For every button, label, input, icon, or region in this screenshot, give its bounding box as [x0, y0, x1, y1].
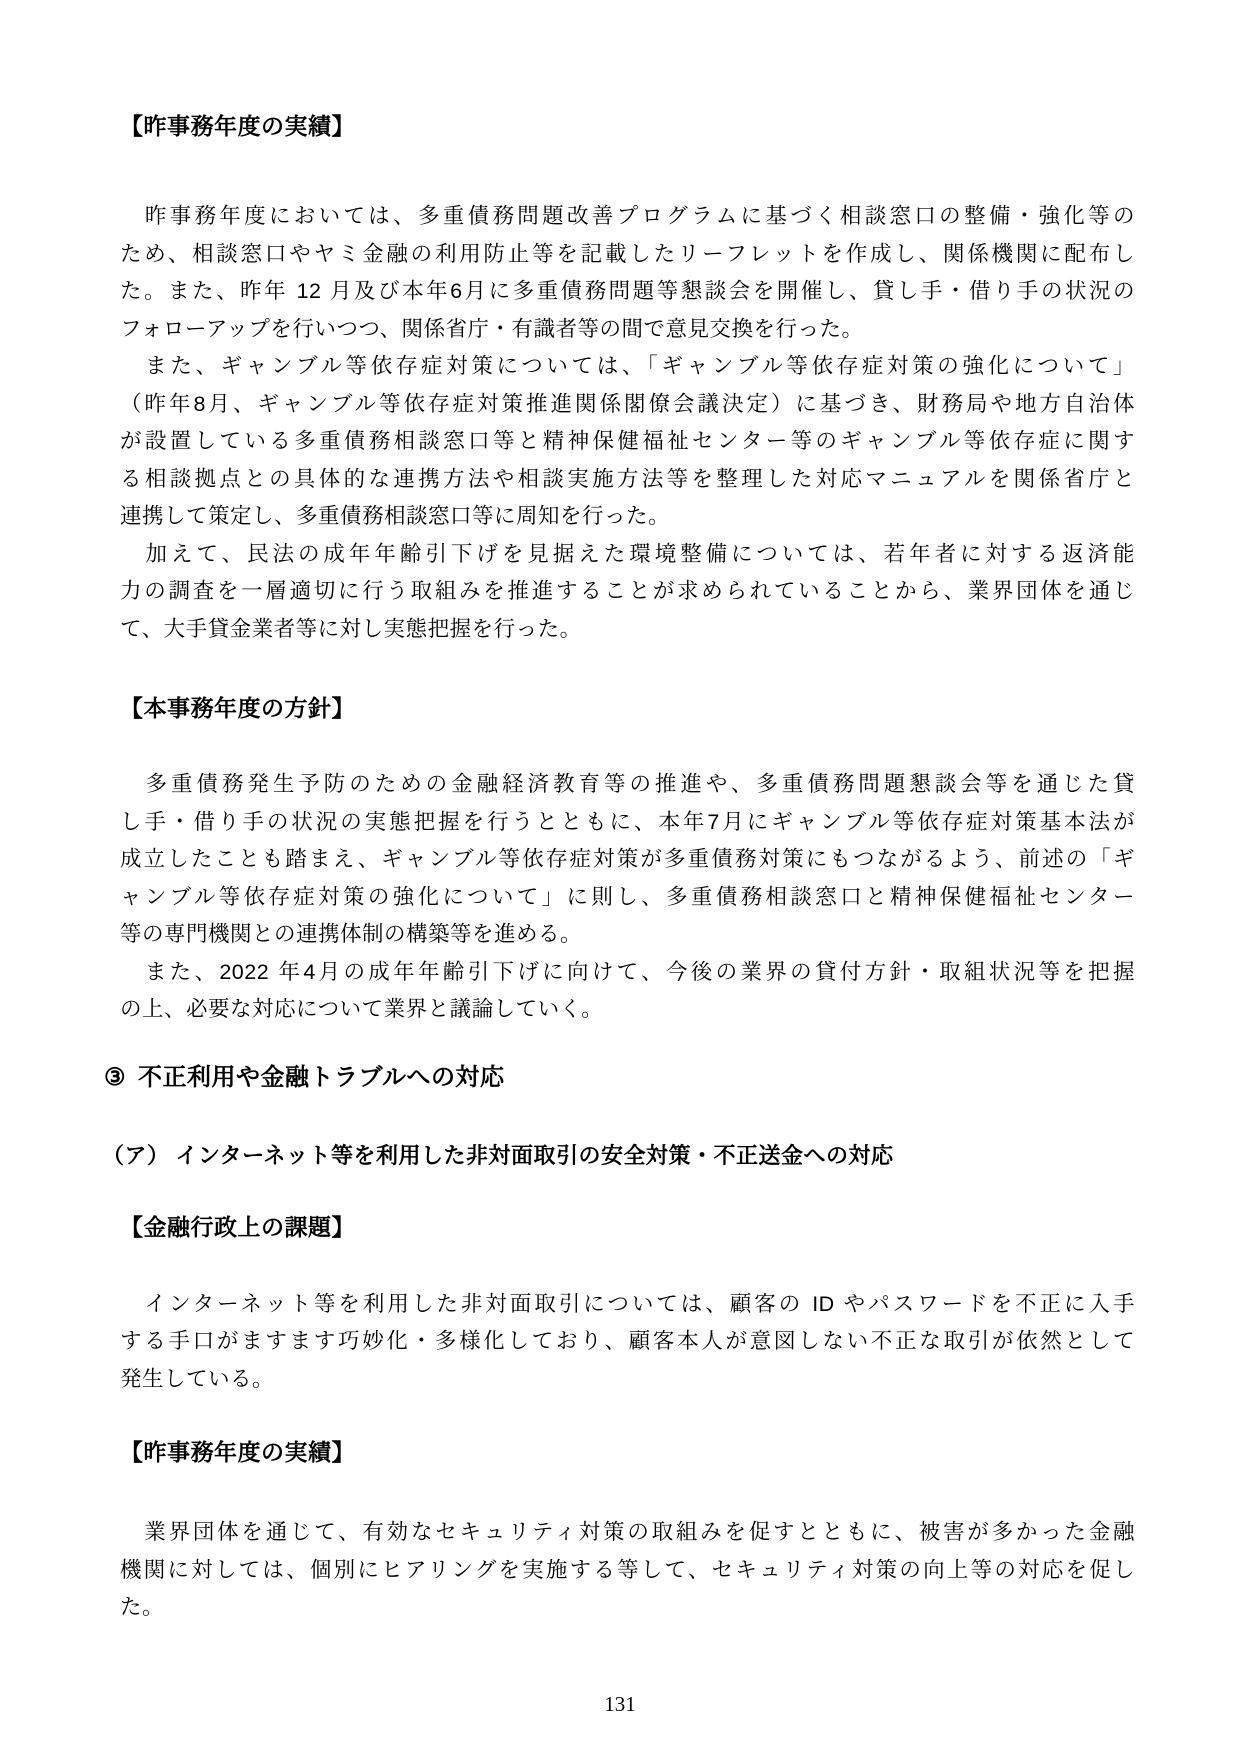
- heading-this-year-policy: 【本事務年度の方針】: [120, 690, 1135, 726]
- paragraph-line: また、2022 年4月の成年年齢引下げに向けて、今後の業界の貸付方針・取組状況等…: [120, 954, 1135, 992]
- paragraph-line: 昨事務年度においては、多重債務問題改善プログラムに基づく相談窓口の整備・強化等の: [120, 198, 1135, 236]
- heading-admin-issues: 【金融行政上の課題】: [120, 1209, 1135, 1245]
- paragraph-line: する手口がますます巧妙化・多様化しており、顧客本人が意図しない不正な取引が依然と…: [120, 1323, 1135, 1361]
- paragraph-policy: 多重債務発生予防のための金融経済教育等の推進や、多重債務問題懇談会等を通じた貸 …: [120, 766, 1135, 1029]
- paragraph-line: 機関に対しては、個別にヒアリングを実施する等して、セキュリティ対策の向上等の対応…: [120, 1552, 1135, 1590]
- paragraph-line: 連携して策定し、多重債務相談窓口等に周知を行った。: [120, 498, 1135, 536]
- heading-last-year-results-2: 【昨事務年度の実績】: [120, 1434, 1135, 1470]
- paragraph-line: フォローアップを行いつつ、関係省庁・有識者等の間で意見交換を行った。: [120, 311, 1135, 349]
- subsection-title: インターネット等を利用した非対面取引の安全対策・不正送金への対応: [176, 1143, 894, 1168]
- paragraph-line: ため、相談窓口やヤミ金融の利用防止等を記載したリーフレットを作成し、関係機関に配…: [120, 236, 1135, 274]
- paragraph-multi-debt: 昨事務年度においては、多重債務問題改善プログラムに基づく相談窓口の整備・強化等の…: [120, 198, 1135, 648]
- paragraph-line: また、ギャンブル等依存症対策については、「ギャンブル等依存症対策の強化について」: [120, 348, 1135, 386]
- paragraph-line: た。: [120, 1589, 1135, 1627]
- subsection-number: （ア）: [102, 1143, 170, 1168]
- paragraph-nonface-transactions: インターネット等を利用した非対面取引については、顧客の ID やパスワードを不正…: [120, 1286, 1135, 1399]
- paragraph-line: 等の専門機関との連携体制の構築等を進める。: [120, 916, 1135, 954]
- paragraph-line: 成立したことも踏まえ、ギャンブル等依存症対策が多重債務対策にもつながるよう、前述…: [120, 841, 1135, 879]
- paragraph-line: 業界団体を通じて、有効なセキュリティ対策の取組みを促すとともに、被害が多かった金…: [120, 1514, 1135, 1552]
- paragraph-line: が設置している多重債務相談窓口等と精神保健福祉センター等のギャンブル等依存症に関…: [120, 423, 1135, 461]
- page-number: 131: [0, 1692, 1240, 1717]
- paragraph-line: ャンブル等依存症対策の強化について」に則し、多重債務相談窓口と精神保健福祉センタ…: [120, 879, 1135, 917]
- section-title: 不正利用や金融トラブルへの対応: [138, 1064, 505, 1091]
- document-page: 【昨事務年度の実績】 昨事務年度においては、多重債務問題改善プログラムに基づく相…: [0, 0, 1240, 1755]
- paragraph-line: 加えて、民法の成年年齢引下げを見据えた環境整備については、若年者に対する返済能: [120, 536, 1135, 574]
- heading-last-year-results-1: 【昨事務年度の実績】: [120, 108, 1135, 144]
- paragraph-line: 力の調査を一層適切に行う取組みを推進することが求められていることから、業界団体を…: [120, 573, 1135, 611]
- paragraph-line: 多重債務発生予防のための金融経済教育等の推進や、多重債務問題懇談会等を通じた貸: [120, 766, 1135, 804]
- paragraph-security-measures: 業界団体を通じて、有効なセキュリティ対策の取組みを促すとともに、被害が多かった金…: [120, 1514, 1135, 1627]
- paragraph-line: る相談拠点との具体的な連携方法や相談実施方法等を整理した対応マニュアルを関係省庁…: [120, 461, 1135, 499]
- paragraph-line: 発生している。: [120, 1361, 1135, 1399]
- paragraph-line: インターネット等を利用した非対面取引については、顧客の ID やパスワードを不正…: [120, 1286, 1135, 1324]
- paragraph-line: （昨年8月、ギャンブル等依存症対策推進関係閣僚会議決定）に基づき、財務局や地方自…: [120, 386, 1135, 424]
- subsection-heading-a: （ア）インターネット等を利用した非対面取引の安全対策・不正送金への対応: [102, 1138, 1135, 1174]
- paragraph-line: し手・借り手の状況の実態把握を行うとともに、本年7月にギャンブル等依存症対策基本…: [120, 804, 1135, 842]
- paragraph-line: て、大手貸金業者等に対し実態把握を行った。: [120, 611, 1135, 649]
- paragraph-line: た。また、昨年 12 月及び本年6月に多重債務問題等懇談会を開催し、貸し手・借り…: [120, 273, 1135, 311]
- paragraph-line: の上、必要な対応について業界と議論していく。: [120, 991, 1135, 1029]
- section-heading-3: ③不正利用や金融トラブルへの対応: [104, 1059, 1135, 1097]
- section-number: ③: [104, 1064, 126, 1091]
